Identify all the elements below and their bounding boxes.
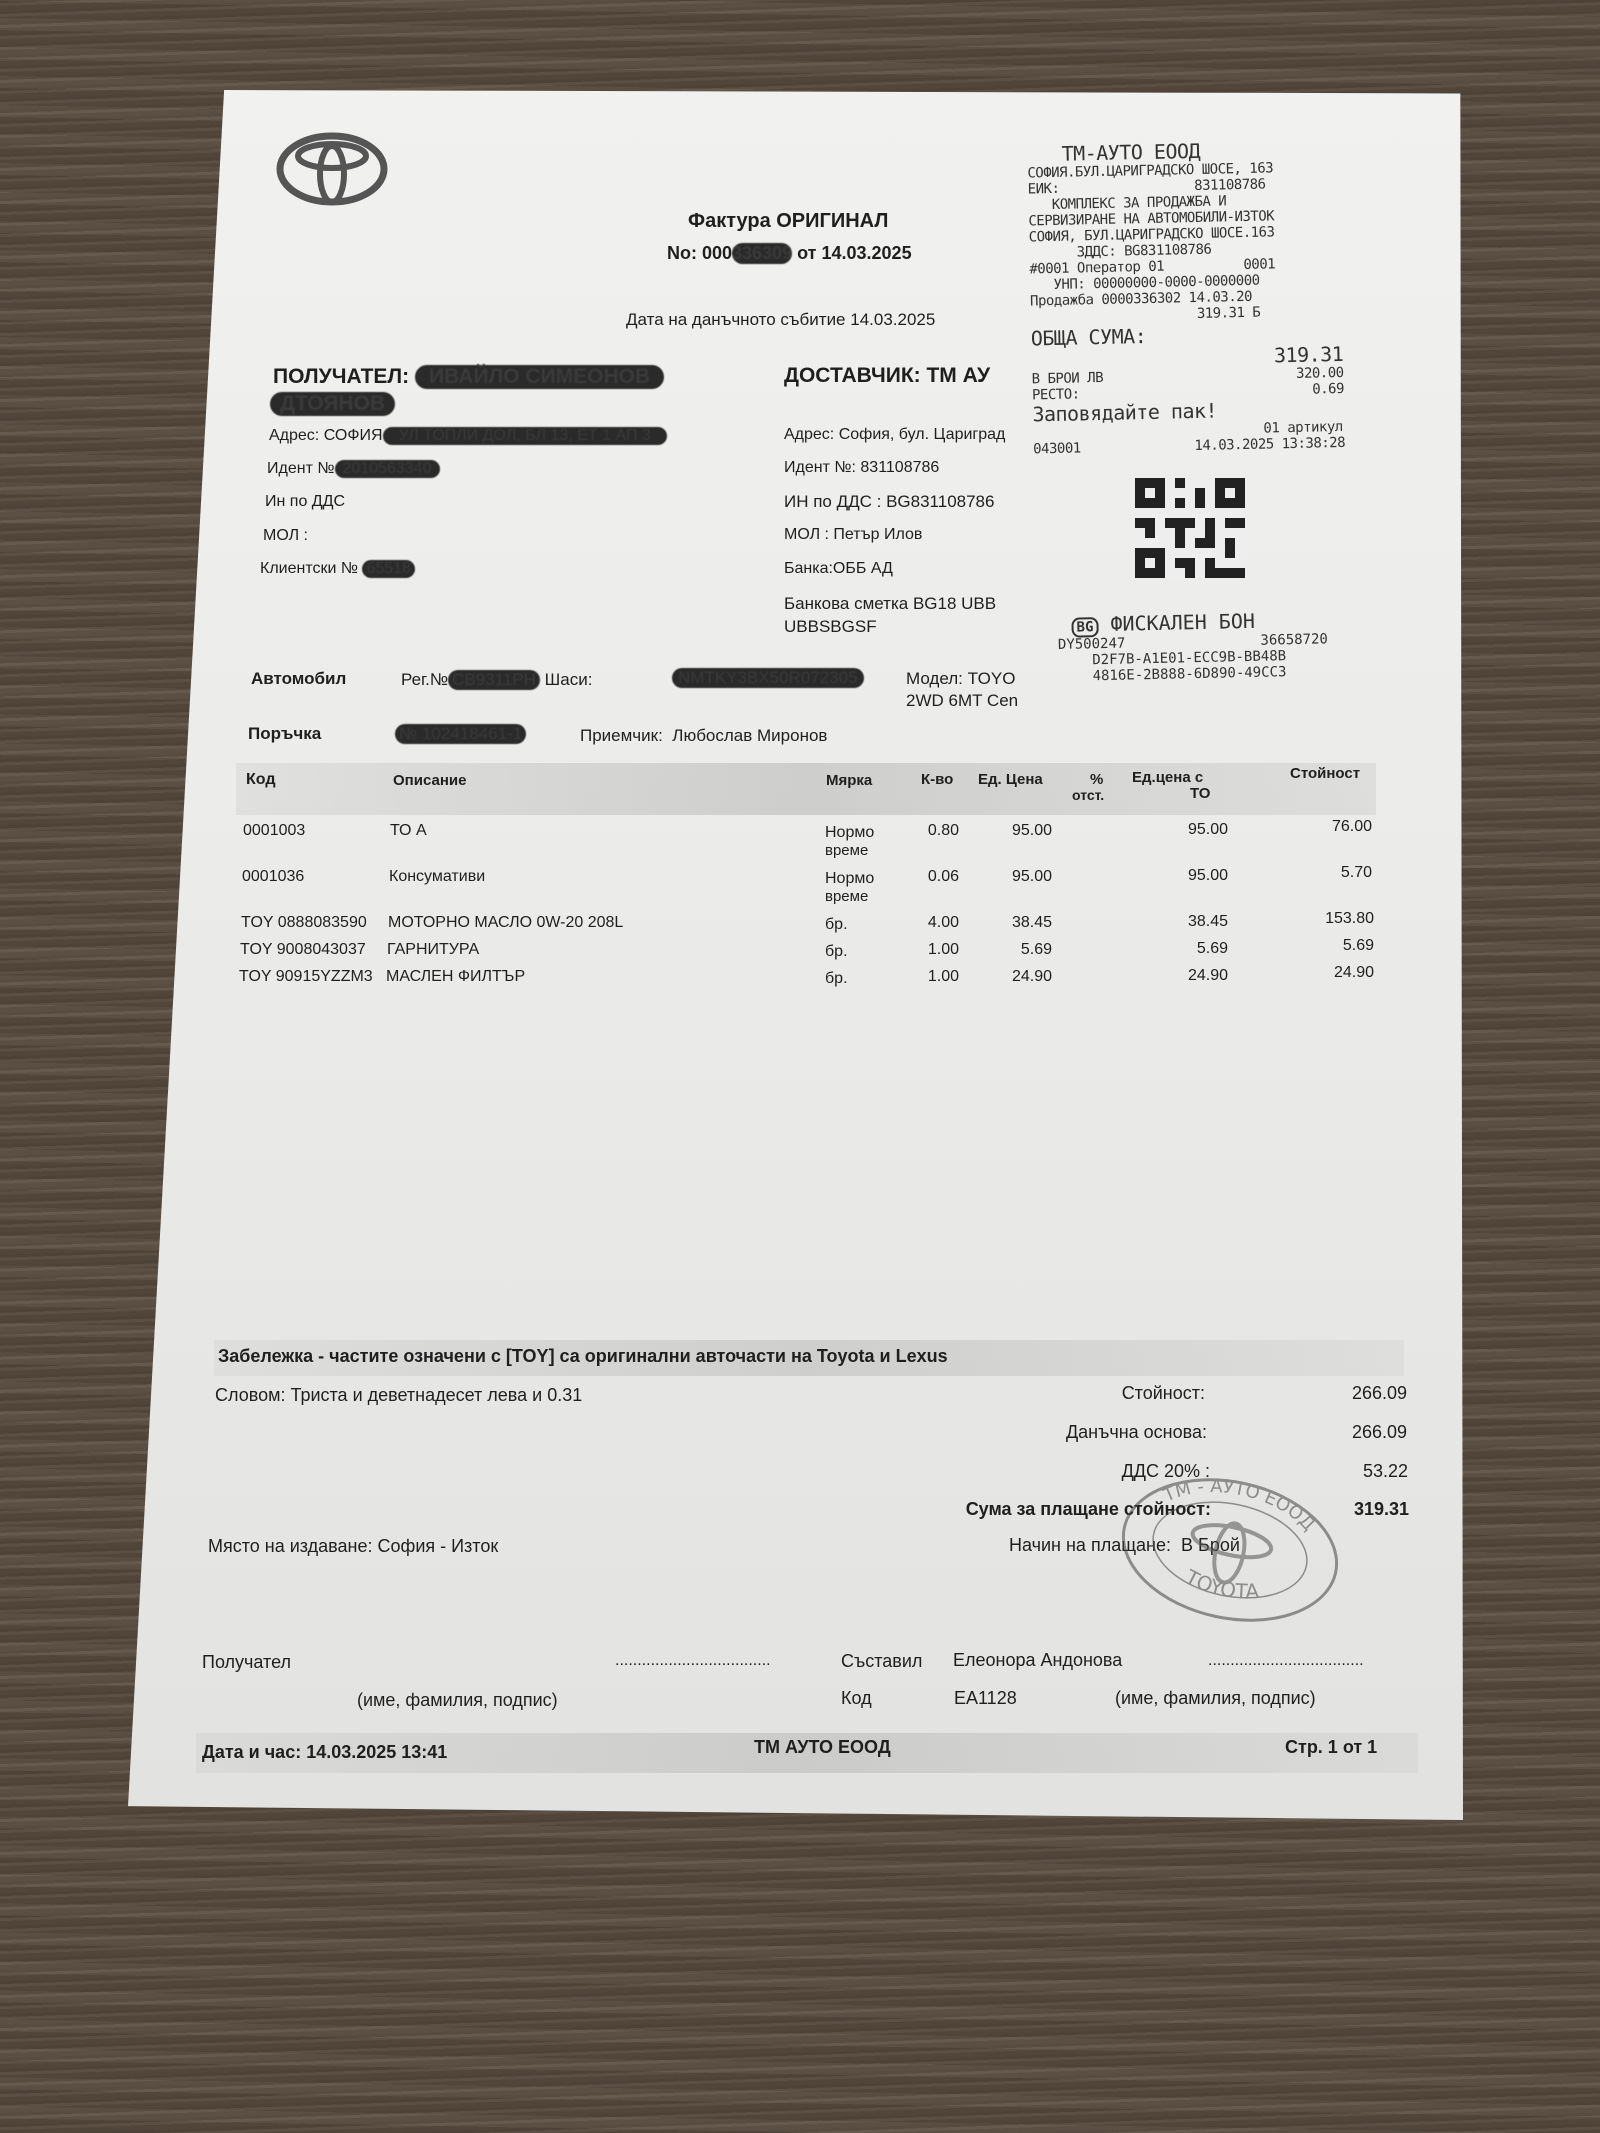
recipient-vat: Ин по ДДС (265, 493, 345, 511)
recipient-name-hint: (име, фамилия, подпис) (357, 1690, 558, 1711)
svg-text:TOYOTA: TOYOTA (1179, 1563, 1264, 1609)
qr-code-icon (1135, 478, 1245, 578)
compiler-code: EA1128 (954, 1688, 1017, 1709)
supplier-swift: UBBSBGSF (784, 617, 877, 637)
supplier-label: ДОСТАВЧИК: ТМ АУ (784, 364, 990, 388)
fiscal-receipt-footer: BG ФИСКАЛЕН БОН DY50024736658720 D2F7B-A… (1071, 607, 1328, 684)
supplier-mol: МОЛ : Петър Илов (784, 526, 922, 544)
redacted-address: УЛ ТОПЛИ ДОЛ, БЛ 13, ЕТ 1 АП 3 (383, 427, 667, 445)
compiled-by-name: Елеонора Андонова (953, 1650, 1122, 1671)
supplier-account: Банкова сметка BG18 UBB (784, 594, 996, 614)
supplier-bank: Банка:ОББ АД (784, 560, 893, 578)
order-label: Поръчка (248, 724, 321, 744)
toy-parts-note: Забележка - частите означени с [TOY] са … (218, 1346, 948, 1367)
recipient-label: ПОЛУЧАТЕЛ: ИВАЙЛО СИМЕОНОВ (273, 365, 664, 389)
vehicle-model: Модел: TOYO (906, 669, 1015, 689)
toyota-logo-icon (276, 132, 388, 206)
recipient-client-no: Клиентски № 65518 (260, 560, 415, 578)
recipient-address: Адрес: СОФИЯУЛ ТОПЛИ ДОЛ, БЛ 13, ЕТ 1 АП… (269, 427, 667, 445)
recipient-mol: МОЛ : (263, 527, 308, 545)
redacted-ident: 2010563340 (335, 460, 440, 478)
footer-datetime: Дата и час: 14.03.2025 13:41 (202, 1742, 447, 1763)
footer-company: ТМ АУТО ЕООД (754, 1737, 891, 1758)
redacted-recipient-name: ИВАЙЛО СИМЕОНОВ (415, 365, 664, 389)
redacted-recipient-name-2: ДТОЯНОВ (270, 392, 395, 416)
redacted-reg: СВ9311РН (448, 670, 540, 690)
redacted-invoice-number: 336309 (732, 243, 792, 264)
compiled-by-label: Съставил (841, 1651, 922, 1672)
supplier-address: Адрес: София, бул. Цариград (784, 426, 1005, 444)
place-of-issue: Място на издаване: София - Изток (208, 1536, 498, 1557)
recipient-signature-line: ................................... (615, 1652, 771, 1670)
invoice-title: Фактура ОРИГИНАЛ (688, 210, 888, 233)
redacted-client-no: 65518 (362, 560, 415, 578)
bg-badge-icon: BG (1071, 617, 1098, 638)
redacted-chassis: NMTKY3BX50R072305 (672, 668, 864, 688)
vat-amount: 53.22 (1363, 1461, 1408, 1482)
compiler-signature-line: ................................... (1208, 1652, 1364, 1670)
vehicle-reg: Рег.№СВ9311РН Шаси: (401, 670, 592, 690)
vehicle-label: Автомобил (251, 669, 346, 689)
amount-due: 319.31 (1354, 1499, 1409, 1520)
redacted-order-number: № 102418461-1 (395, 724, 526, 744)
tax-base-label: Данъчна основа: (1066, 1422, 1207, 1443)
recipient-signature-label: Получател (202, 1652, 291, 1673)
tax-event-date: Дата на данъчното събитие 14.03.2025 (626, 310, 935, 330)
value-label: Стойност: (1122, 1383, 1205, 1404)
invoice-number: No: 000336309 от 14.03.2025 (667, 243, 912, 264)
supplier-ident: Идент №: 831108786 (784, 459, 939, 477)
recipient-ident: Идент №2010563340 (267, 460, 440, 478)
amount-in-words: Словом: Триста и деветнадесет лева и 0.3… (215, 1385, 582, 1406)
supplier-vat: ИН по ДДС : BG831108786 (784, 492, 994, 512)
vehicle-model-line2: 2WD 6MT Cen (906, 691, 1018, 711)
value-amount: 266.09 (1352, 1383, 1407, 1404)
footer-page: Стр. 1 от 1 (1285, 1737, 1377, 1758)
tax-base-amount: 266.09 (1352, 1422, 1407, 1443)
order-receiver: Приемчик: Любослав Миронов (580, 726, 827, 746)
fiscal-receipt: ТМ-АУТО ЕООД СОФИЯ.БУЛ.ЦАРИГРАДСКО ШОСЕ,… (1027, 137, 1364, 458)
compiler-name-hint: (име, фамилия, подпис) (1115, 1688, 1316, 1709)
items-table-header: Код Описание Мярка К-во Ед. Цена % отст.… (236, 763, 1376, 815)
code-label: Код (841, 1688, 872, 1709)
